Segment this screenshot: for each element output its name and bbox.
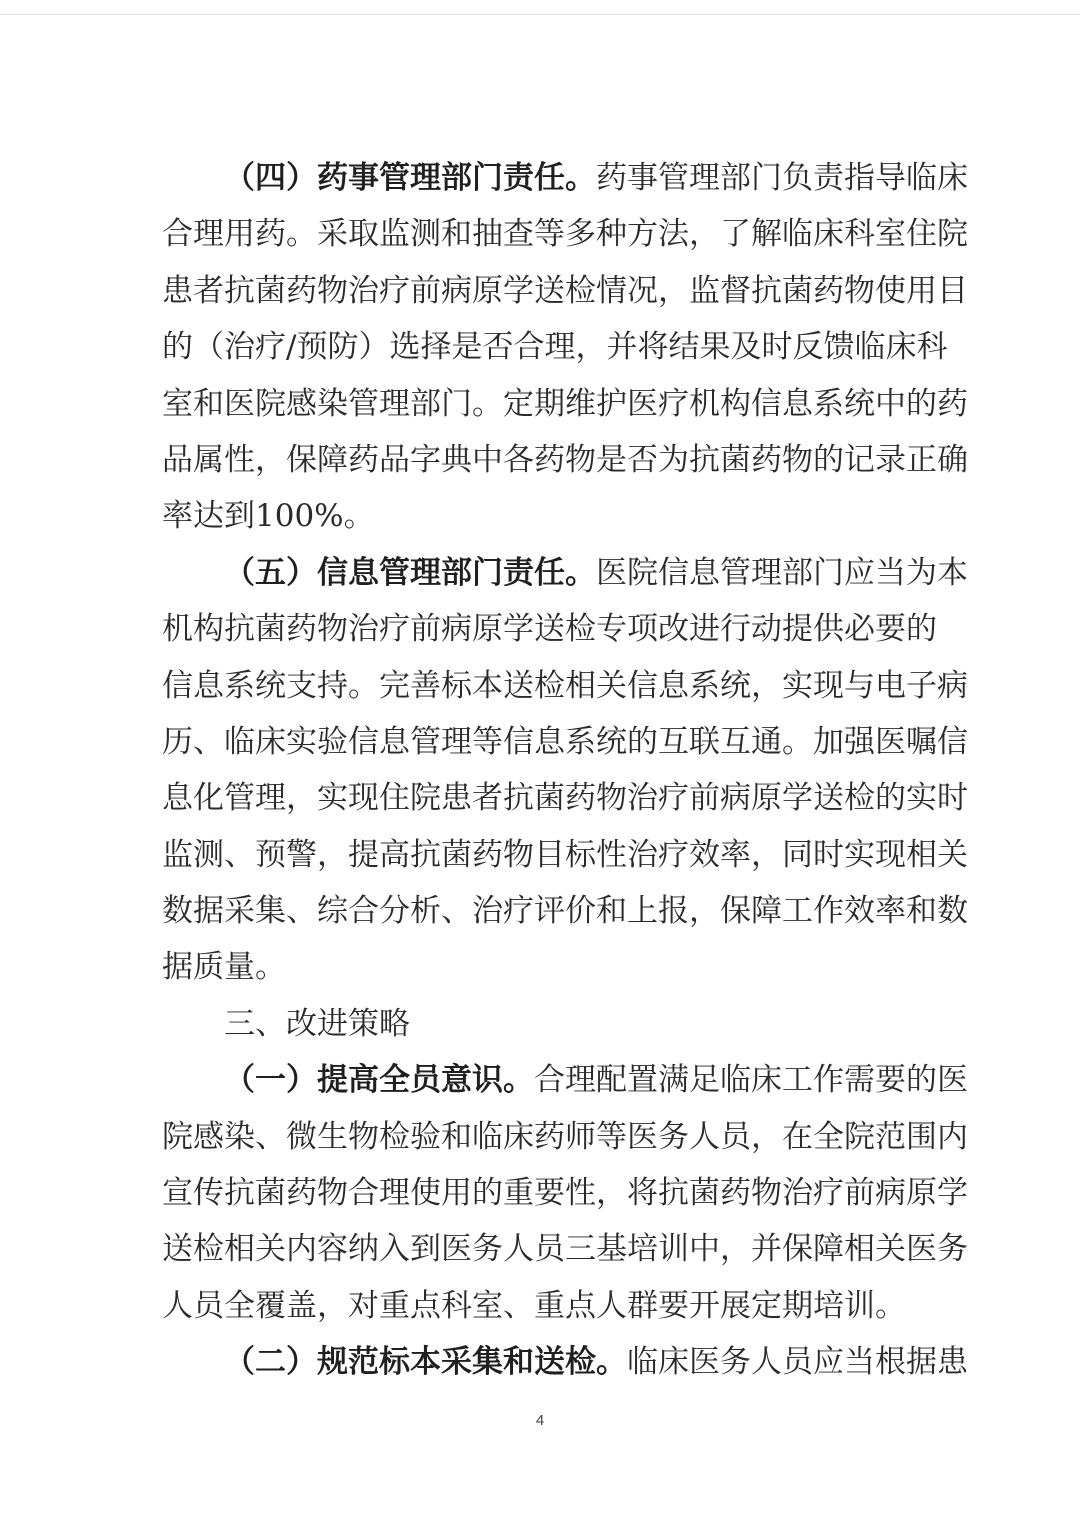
paragraph-s4: （四）药事管理部门责任。药事管理部门负责指导临床合理用药。采取监测和抽查等多种方… xyxy=(162,150,916,545)
paragraph-lead-heading: （四）药事管理部门责任。 xyxy=(224,160,596,196)
paragraph-h3: 三、改进策略 xyxy=(162,996,916,1052)
text-line: 品属性，保障药品字典中各药物是否为抗菌药物的记录正确 xyxy=(162,432,916,488)
section-heading: 三、改进策略 xyxy=(162,996,916,1052)
line-text: 室和医院感染管理部门。定期维护医疗机构信息系统中的药 xyxy=(162,386,968,422)
text-line: 率达到100%。 xyxy=(162,488,916,544)
text-line: （四）药事管理部门责任。药事管理部门负责指导临床 xyxy=(162,150,916,206)
line-text: 品属性，保障药品字典中各药物是否为抗菌药物的记录正确 xyxy=(162,442,968,478)
paragraph-lead-heading: （五）信息管理部门责任。 xyxy=(224,555,596,591)
line-text: 患者抗菌药物治疗前病原学送检情况，监督抗菌药物使用目 xyxy=(162,273,968,309)
paragraph-lead-heading: （二）规范标本采集和送检。 xyxy=(224,1344,627,1380)
paragraph-lead-heading: （一）提高全员意识。 xyxy=(224,1062,534,1098)
line-text: 合理用药。采取监测和抽查等多种方法，了解临床科室住院 xyxy=(162,216,968,252)
text-line: 送检相关内容纳入到医务人员三基培训中，并保障相关医务 xyxy=(162,1221,916,1277)
text-line: 监测、预警，提高抗菌药物目标性治疗效率，同时实现相关 xyxy=(162,827,916,883)
line-text: 宣传抗菌药物合理使用的重要性，将抗菌药物治疗前病原学 xyxy=(162,1175,968,1211)
paragraph-s5: （五）信息管理部门责任。医院信息管理部门应当为本机构抗菌药物治疗前病原学送检专项… xyxy=(162,545,916,996)
text-line: 患者抗菌药物治疗前病原学送检情况，监督抗菌药物使用目 xyxy=(162,263,916,319)
text-line: 宣传抗菌药物合理使用的重要性，将抗菌药物治疗前病原学 xyxy=(162,1165,916,1221)
line-text: 信息系统支持。完善标本送检相关信息系统，实现与电子病 xyxy=(162,668,968,704)
line-text: 的（治疗/预防）选择是否合理，并将结果及时反馈临床科 xyxy=(162,329,947,365)
line-text: 临床医务人员应当根据患 xyxy=(627,1344,968,1380)
line-text: 监测、预警，提高抗菌药物目标性治疗效率，同时实现相关 xyxy=(162,837,968,873)
line-text: 息化管理，实现住院患者抗菌药物治疗前病原学送检的实时 xyxy=(162,780,968,816)
line-text: 院感染、微生物检验和临床药师等医务人员，在全院范围内 xyxy=(162,1119,968,1155)
line-text: 三、改进策略 xyxy=(224,1006,410,1042)
text-line: 的（治疗/预防）选择是否合理，并将结果及时反馈临床科 xyxy=(162,319,916,375)
text-line: （二）规范标本采集和送检。临床医务人员应当根据患 xyxy=(162,1334,916,1390)
text-line: （五）信息管理部门责任。医院信息管理部门应当为本 xyxy=(162,545,916,601)
text-line: 信息系统支持。完善标本送检相关信息系统，实现与电子病 xyxy=(162,658,916,714)
line-text: 历、临床实验信息管理等信息系统的互联互通。加强医嘱信 xyxy=(162,724,968,760)
line-text: 据质量。 xyxy=(162,949,286,985)
line-text: 人员全覆盖，对重点科室、重点人群要开展定期培训。 xyxy=(162,1288,906,1324)
line-text: 合理配置满足临床工作需要的医 xyxy=(534,1062,968,1098)
text-line: 据质量。 xyxy=(162,939,916,995)
line-text: 率达到100%。 xyxy=(162,498,375,534)
line-text: 数据采集、综合分析、治疗评价和上报，保障工作效率和数 xyxy=(162,893,968,929)
text-line: 人员全覆盖，对重点科室、重点人群要开展定期培训。 xyxy=(162,1278,916,1334)
text-line: （一）提高全员意识。合理配置满足临床工作需要的医 xyxy=(162,1052,916,1108)
document-page: （四）药事管理部门责任。药事管理部门负责指导临床合理用药。采取监测和抽查等多种方… xyxy=(162,150,916,1391)
paragraph-s3-1: （一）提高全员意识。合理配置满足临床工作需要的医院感染、微生物检验和临床药师等医… xyxy=(162,1052,916,1334)
text-line: 历、临床实验信息管理等信息系统的互联互通。加强医嘱信 xyxy=(162,714,916,770)
scan-top-edge xyxy=(0,14,1080,15)
line-text: 送检相关内容纳入到医务人员三基培训中，并保障相关医务 xyxy=(162,1231,968,1267)
line-text: 医院信息管理部门应当为本 xyxy=(596,555,968,591)
text-line: 室和医院感染管理部门。定期维护医疗机构信息系统中的药 xyxy=(162,376,916,432)
text-line: 机构抗菌药物治疗前病原学送检专项改进行动提供必要的 xyxy=(162,601,916,657)
text-line: 院感染、微生物检验和临床药师等医务人员，在全院范围内 xyxy=(162,1109,916,1165)
text-line: 息化管理，实现住院患者抗菌药物治疗前病原学送检的实时 xyxy=(162,770,916,826)
page-number: 4 xyxy=(0,1412,1080,1429)
text-line: 合理用药。采取监测和抽查等多种方法，了解临床科室住院 xyxy=(162,206,916,262)
paragraph-s3-2: （二）规范标本采集和送检。临床医务人员应当根据患 xyxy=(162,1334,916,1390)
line-text: 机构抗菌药物治疗前病原学送检专项改进行动提供必要的 xyxy=(162,611,937,647)
text-line: 数据采集、综合分析、治疗评价和上报，保障工作效率和数 xyxy=(162,883,916,939)
line-text: 药事管理部门负责指导临床 xyxy=(596,160,968,196)
